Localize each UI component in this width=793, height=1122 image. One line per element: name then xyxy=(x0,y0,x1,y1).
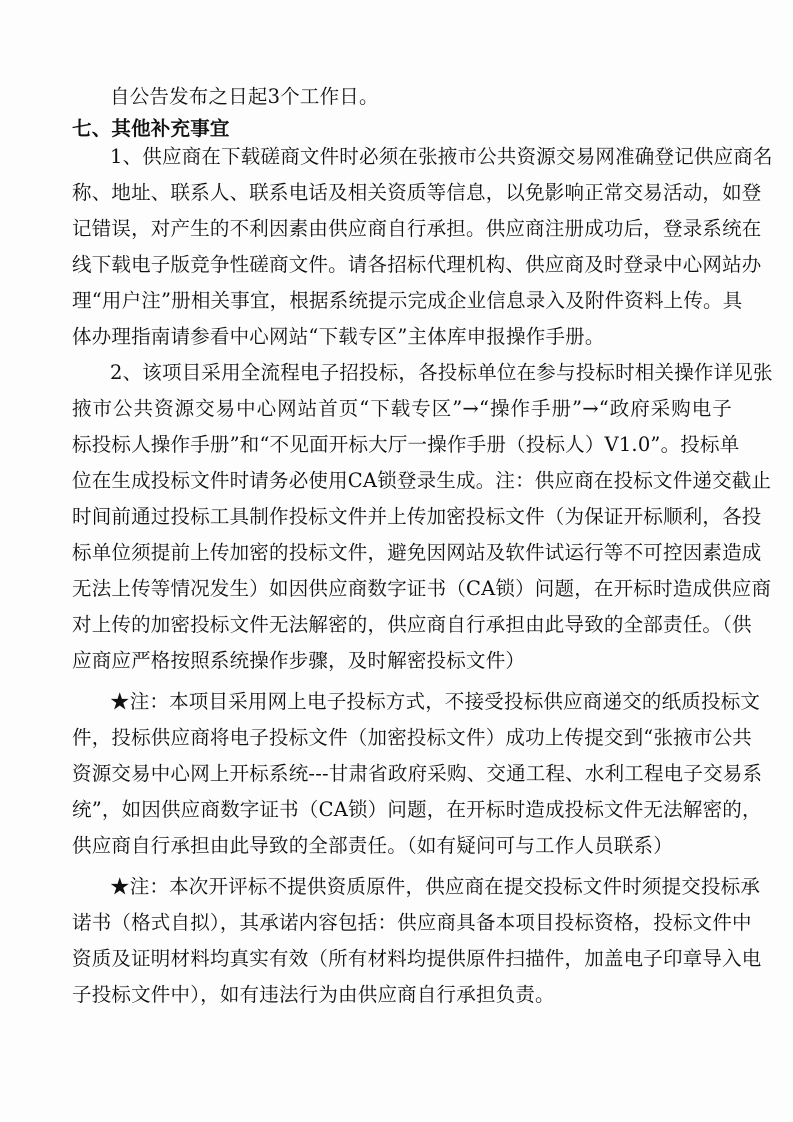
paragraph-line: 诺书（格式自拟），其承诺内容包括：供应商具备本项目投标资格，投标文件中 xyxy=(72,911,732,935)
paragraph-line: 子投标文件中），如有违法行为由供应商自行承担负责。 xyxy=(72,983,732,1007)
paragraph-line: 位在生成投标文件时请务必使用CA锁登录生成。注：供应商在投标文件递交截止 xyxy=(72,469,732,493)
paragraph-line: 记错误，对产生的不利因素由供应商自行承担。供应商注册成功后，登录系统在 xyxy=(72,217,732,241)
paragraph-line: 统”，如因供应商数字证书（CA锁）问题，在开标时造成投标文件无法解密的， xyxy=(72,798,732,822)
paragraph-line: 标单位须提前上传加密的投标文件，避免因网站及软件试运行等不可控因素造成 xyxy=(72,541,732,565)
paragraph-line: 体办理指南请参看中心网站“下载专区”主体库申报操作手册。 xyxy=(72,325,732,349)
paragraph-line: 称、地址、联系人、联系电话及相关资质等信息，以免影响正常交易活动，如登 xyxy=(72,181,732,205)
paragraph-line: 1、供应商在下载磋商文件时必须在张掖市公共资源交易网准确登记供应商名 xyxy=(110,145,732,169)
paragraph-line: 标投标人操作手册”和“不见面开标大厅一操作手册（投标人）V1.0”。投标单 xyxy=(72,433,732,457)
document-page: 自公告发布之日起3个工作日。 七、其他补充事宜 1、供应商在下载磋商文件时必须在… xyxy=(0,0,793,1122)
paragraph-line: 时间前通过投标工具制作投标文件并上传加密投标文件（为保证开标顺利，各投 xyxy=(72,505,732,529)
paragraph-line: 无法上传等情况发生）如因供应商数字证书（CA锁）问题，在开标时造成供应商 xyxy=(72,577,732,601)
paragraph-line: 件，投标供应商将电子投标文件（加密投标文件）成功上传提交到“张掖市公共 xyxy=(72,726,732,750)
paragraph-line: 应商应严格按照系统操作步骤，及时解密投标文件） xyxy=(72,649,732,673)
paragraph-line: 掖市公共资源交易中心网站首页“下载专区”→“操作手册”→“政府采购电子 xyxy=(72,397,732,421)
paragraph-line: ★注：本次开评标不提供资质原件，供应商在提交投标文件时须提交投标承 xyxy=(110,875,732,899)
paragraph-line: 资源交易中心网上开标系统---甘肃省政府采购、交通工程、水利工程电子交易系 xyxy=(72,762,732,786)
intro-line: 自公告发布之日起3个工作日。 xyxy=(110,85,732,109)
section-heading: 七、其他补充事宜 xyxy=(72,117,732,141)
paragraph-line: 对上传的加密投标文件无法解密的，供应商自行承担由此导致的全部责任。（供 xyxy=(72,613,732,637)
paragraph-line: 线下载电子版竞争性磋商文件。请各招标代理机构、供应商及时登录中心网站办 xyxy=(72,253,732,277)
paragraph-line: ★注：本项目采用网上电子投标方式，不接受投标供应商递交的纸质投标文 xyxy=(110,690,732,714)
paragraph-line: 2、该项目采用全流程电子招投标，各投标单位在参与投标时相关操作详见张 xyxy=(110,361,732,385)
paragraph-line: 理“用户注”册相关事宜，根据系统提示完成企业信息录入及附件资料上传。具 xyxy=(72,289,732,313)
paragraph-line: 资质及证明材料均真实有效（所有材料均提供原件扫描件，加盖电子印章导入电 xyxy=(72,947,732,971)
paragraph-line: 供应商自行承担由此导致的全部责任。（如有疑问可与工作人员联系） xyxy=(72,834,732,858)
